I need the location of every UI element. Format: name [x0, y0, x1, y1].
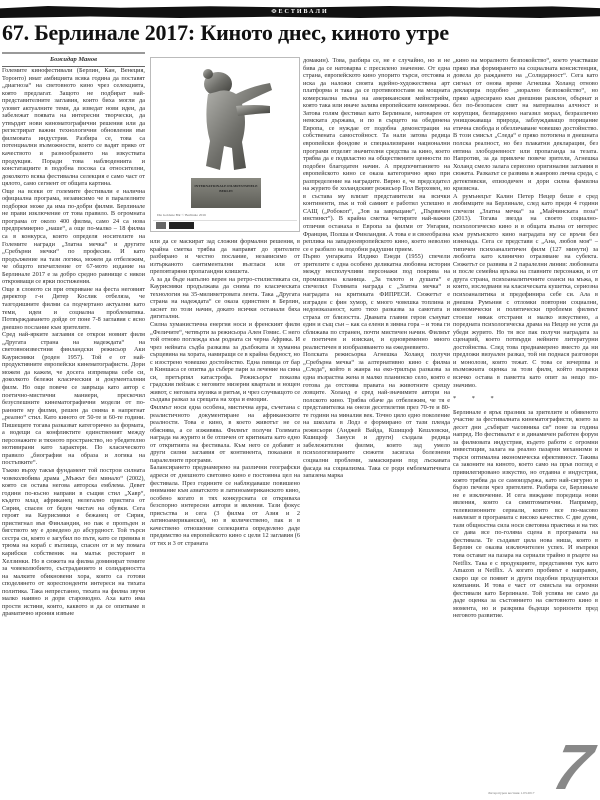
paragraph: Балансирането преднамерено на различни г…	[150, 464, 300, 547]
paragraph: А за да бъде напълно верен на ретро-стил…	[150, 276, 300, 321]
pedestal-inscription: INTERNATIONALE FILMFESTSPIELE BERLIN	[191, 184, 261, 194]
article-column-4: „кино на моралното безпокойство“, което …	[453, 57, 598, 772]
article-column-1: Големите кинофестивали (Берлин, Кан, Вен…	[2, 67, 145, 800]
article-column-2: или да се маскират зад сложни формални р…	[150, 238, 300, 800]
paragraph: Филмът носи една особена, мистична аура,…	[150, 404, 300, 464]
paragraph: Сред най-ярките заглавия се открои новия…	[2, 331, 145, 467]
paragraph: А румънецът Калин Петер Нецер беше е сре…	[453, 193, 598, 389]
paragraph: Още на всеки от големите фестивали е нал…	[2, 188, 145, 286]
section-divider-stars: * * *	[453, 395, 598, 403]
author-byline: Божидар Манов	[2, 52, 145, 67]
article-column-3: домакин). Това, разбира се, не е случайн…	[303, 57, 450, 800]
section-label: ФЕСТИВАЛИ	[0, 6, 600, 18]
paragraph: Берлинале е ярък празник за зрителите и …	[453, 409, 598, 620]
paragraph: или да се маскират зад сложни формални р…	[150, 238, 300, 276]
golden-bear-statue-icon	[186, 66, 276, 176]
article-headline: 67. Берлинале 2017: Киното днес, киното …	[2, 20, 449, 46]
paragraph: Тъкмо върху такъв фундамент той построи …	[2, 467, 145, 618]
paragraph: домакин). Това, разбира се, не е случайн…	[303, 57, 450, 253]
article-photo: INTERNATIONALE FILMFESTSPIELE BERLIN Die…	[150, 57, 300, 232]
page-footer: Литературен вестник 1.03.2017	[488, 791, 535, 795]
paragraph: Първо унгарката Илдико Енеди (1955) спеч…	[303, 253, 450, 351]
paragraph: Още в словото си при откриване на феста …	[2, 286, 145, 331]
sponsor-logos	[153, 220, 297, 230]
photo-credit: Die Goldene Bär © Berlinale 2016	[157, 213, 206, 217]
sponsor-text	[197, 223, 297, 228]
sponsor-logo-icon	[169, 222, 194, 229]
paragraph: „кино на моралното безпокойство“, което …	[453, 57, 598, 193]
paragraph: Полската режисьорка Агнешка Холанд получ…	[303, 351, 450, 479]
paragraph: Силна хуманистична енергия носи и френск…	[150, 321, 300, 404]
berlinale-logo-icon	[156, 222, 166, 229]
paragraph: Големите кинофестивали (Берлин, Кан, Вен…	[2, 67, 145, 188]
statue-pedestal: INTERNATIONALE FILMFESTSPIELE BERLIN	[191, 178, 261, 208]
